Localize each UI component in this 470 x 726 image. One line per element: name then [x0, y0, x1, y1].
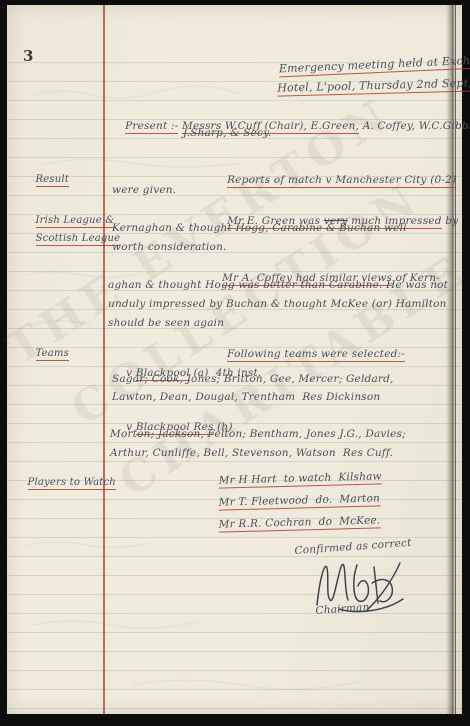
present-line2: J.Sharp, & Secy.	[183, 127, 271, 139]
watch-assignment-3: Mr R.R. Cochran do McKee.	[204, 502, 381, 543]
margin-note-label: Teams	[36, 348, 69, 361]
margin-note-label: Scottish League	[36, 233, 121, 246]
team2-names-line1: Morton; Jackson, Felton; Bentham, Jones …	[110, 428, 406, 440]
team1-names-line1: Sagar; Cook, Jones; Britton, Gee, Mercer…	[112, 373, 394, 385]
watch-text: Mr R.R. Cochran do McKee.	[219, 514, 381, 532]
present-names-rest: A. Coffey, W.C.Gibbins,	[359, 120, 470, 132]
minute-book-page: THE EVERTON COLLECTION CHARITABLE 3 Emer…	[7, 5, 462, 714]
green-opinion-line3: worth consideration.	[112, 241, 227, 253]
meeting-heading-line2: Hotel, L'pool, Thursday 2nd Sept, 1937.	[262, 63, 470, 108]
team2-names-line2: Arthur, Cunliffe, Bell, Stevenson, Watso…	[110, 447, 393, 459]
green-opinion-line2: Kernaghan & thought Hogg, Carabine & Buc…	[112, 222, 407, 234]
coffey-opinion-line4: should be seen again	[108, 317, 224, 329]
margin-note-teams: Teams	[22, 337, 69, 370]
margin-note-label: Result	[36, 174, 69, 187]
result-cont-line: were given.	[112, 184, 176, 196]
result-text: Reports of match v Manchester City (0-2)	[227, 174, 456, 188]
result-report-line: Reports of match v Manchester City (0-2)	[213, 162, 456, 198]
coffey-opinion-line2: aghan & thought Hogg was better than Car…	[108, 279, 448, 291]
present-label: Present :-	[125, 120, 178, 134]
margin-note-players-to-watch: Players to Watch	[14, 466, 116, 499]
green-tail: by	[442, 215, 459, 227]
red-margin-rule	[103, 5, 105, 714]
margin-note-scottish-league: Scottish League	[22, 222, 120, 255]
team1-names-line2: Lawton, Dean, Dougal, Trentham Res Dicki…	[112, 391, 380, 403]
present-line: Present :- Messrs W.Cuff (Chair), E.Gree…	[111, 108, 470, 144]
coffey-opinion-line3: unduly impressed by Buchan & thought McK…	[108, 298, 447, 310]
margin-note-result: Result	[22, 163, 69, 196]
page-number: 3	[23, 47, 34, 65]
margin-note-label: Players to Watch	[28, 477, 116, 490]
heading-text: Hotel, L'pool, Thursday 2nd Sept, 1937.	[277, 76, 470, 97]
